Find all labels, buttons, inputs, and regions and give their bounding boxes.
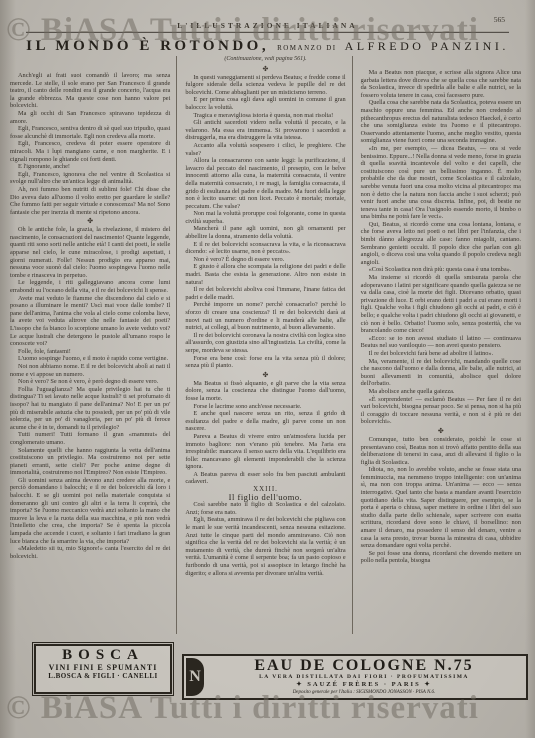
paragraph: E per prima cosa egli dava agli uomini i…	[185, 96, 345, 111]
paragraph: Gli uomini senza anima devono anzi crede…	[10, 477, 170, 545]
paragraph: Non mai la voluttà proruppe così folgora…	[185, 210, 345, 225]
paragraph: Forse le lacrime sono anch'esse necessar…	[185, 403, 345, 411]
paragraph: Se poi fosse una donna, ricordarsi che d…	[361, 550, 521, 565]
cologne-ad-line3: Deposito generale per l'Italia : SIGISMO…	[210, 689, 518, 696]
paragraph: Gli antichi sacerdoti videro nella volut…	[185, 119, 345, 142]
section-ornament: ✤	[361, 426, 521, 436]
paragraph: A Beatus pareva di esser solo fra ben pa…	[185, 471, 345, 486]
paragraph: Ma a Beatus non piacque, e scrisse alla …	[361, 69, 521, 99]
bosca-ad: BOSCA VINI FINI E SPUMANTI L.BOSCA & FIG…	[34, 644, 172, 694]
paragraph: Pareva a Beatus di vivere entro un'atmos…	[185, 433, 345, 471]
paragraph: Perchè imporre un nome? perchè consacrar…	[185, 301, 345, 331]
article-title-main: IL MONDO È ROTONDO,	[26, 38, 269, 54]
cologne-ad: N EAU DE COLOGNE N.75 LA VERA DISTILLATA…	[182, 654, 528, 700]
article-title-connector: ROMANZO DI	[277, 44, 337, 52]
paragraph: Oh le antiche fole, la grazia, la rivela…	[10, 226, 170, 279]
paragraph: Tutti numeri! Tutti formano il gran «mam…	[10, 431, 170, 446]
paragraph: Ma abolisce anche quella gaiezza.	[361, 388, 521, 396]
paragraph: Egli, Francesco, sentiva dentro di sè qu…	[10, 125, 170, 140]
paragraph: E il re dei bolcevichi sconsacrava la vi…	[185, 241, 345, 256]
page-number: 565	[494, 15, 505, 24]
paragraph: Allora la consacrarono con sante leggi: …	[185, 157, 345, 210]
paragraph: Avete mai veduto le fiamme che discendon…	[10, 295, 170, 348]
paragraph: Non è vero? È degno di essere vero.	[185, 256, 345, 264]
paragraph: Tragica e meravigliosa istoria è questa,…	[185, 112, 345, 120]
paragraph: Egli, Francesco, ignorava che nel ventre…	[10, 171, 170, 186]
masthead-title: L'ILLUSTRAZIONE ITALIANA	[177, 21, 357, 30]
continuation-note: (Continuazione, vedi pagina 561).	[185, 56, 345, 64]
paragraph: Folle, fole, fantasmi!	[10, 348, 170, 356]
paragraph: Egli, Beatus, ammirava il re dei bolcevi…	[185, 516, 345, 577]
paragraph: Qui, Beatus, si ricordò come una cosa lo…	[361, 221, 521, 267]
paragraph: Ma Beatus si fissò alquanto, e gli parve…	[185, 380, 345, 403]
paragraph: Quella cosa che sarebbe nata da Scolasti…	[361, 99, 521, 145]
cologne-ad-line1: LA VERA DISTILLATA DAI FIORI · PROFUMATI…	[210, 674, 518, 681]
cologne-ad-line2: ✦ SAUZÉ FRÈRES · PARIS ✦	[210, 681, 518, 689]
section-ornament: ✤	[10, 216, 170, 226]
section-ornament: ✤	[185, 370, 345, 380]
paragraph: «Così Scolastica non dirà più: questa ca…	[361, 266, 521, 274]
paragraph: E giusto è allora che scompaia la religi…	[185, 263, 345, 286]
chapter-title: Il figlio dell'uomo.	[185, 494, 345, 502]
paragraph: L'uomo sospinge l'uomo, e il moto è rapi…	[10, 355, 170, 363]
paragraph: Follia l'uguaglianza? Ma quale privilegi…	[10, 386, 170, 432]
paragraph: «In me, per esempio, — dicea Beatus, — o…	[361, 145, 521, 221]
paragraph: Solamente quelli che hanno raggiunta la …	[10, 447, 170, 477]
paragraph: E anche quel nascere senza un rito, senz…	[185, 410, 345, 433]
paragraph: Noi non abbiamo nome. E il re dei bolcev…	[10, 363, 170, 378]
paragraph: Comunque, tutto ben considerato, poichè …	[361, 436, 521, 466]
paragraph: Le leggende, i riti galleggiavano ancora…	[10, 279, 170, 294]
paragraph: Il re dei bolcevichi farà bene ad abolir…	[361, 350, 521, 358]
paragraph: Il re dei bolcevichi aboliva così l'imma…	[185, 286, 345, 301]
paragraph: Idiota, no, non lo avrebbe voluto, anche…	[361, 466, 521, 550]
bosca-ad-line2: L.BOSCA & FIGLI · CANELLI	[36, 672, 170, 681]
paragraph: Ma gli occhi di San Francesco spiravano …	[10, 110, 170, 125]
paragraph: «È sorprendente! — esclamò Beatus — Per …	[361, 396, 521, 426]
paragraph: «Maledetto sii tu, mio Signore!» canta l…	[10, 545, 170, 560]
paragraph: Forse era bene così: forse era la vita s…	[185, 355, 345, 370]
paragraph: Anch'egli ai frati suoi comandò il lavor…	[10, 72, 170, 110]
paragraph: Ma insieme si ricordò di quella smisurat…	[361, 274, 521, 335]
paragraph: Ah, noi fummo ben nutriti di sublimi fol…	[10, 186, 170, 216]
paragraph: Il re dei bolcevichi coronava la nostra …	[185, 332, 345, 355]
paragraph: Così sarebbe nato il figlio di Scolastic…	[185, 501, 345, 516]
cologne-ad-ornament-icon: N	[186, 658, 204, 696]
paragraph: Egli, Francesco, credeva di poter essere…	[10, 140, 170, 163]
paragraph: Ma, veramente, il re dei bolcevichi, man…	[361, 358, 521, 388]
column-2: (Continuazione, vedi pagina 561).✤In que…	[176, 56, 351, 634]
paragraph: Non è vero? Se non è vero, è però degno …	[10, 378, 170, 386]
paragraph: Mancherà il pane agli uomini, non gli or…	[185, 225, 345, 240]
bosca-ad-name: BOSCA	[36, 648, 170, 663]
paragraph: In questi vaneggiamenti si perdeva Beatu…	[185, 74, 345, 97]
paragraph: Accanto alla voluttà sospesero i cilici,…	[185, 142, 345, 157]
column-1: Anch'egli ai frati suoi comandò il lavor…	[8, 56, 176, 634]
scanned-magazine-page: © BiASA Tutti i diritti riservati L'ILLU…	[0, 0, 535, 738]
header-rule	[26, 31, 509, 33]
cologne-ad-name: EAU DE COLOGNE N.75	[210, 657, 518, 674]
article-columns: Anch'egli ai frati suoi comandò il lavor…	[8, 56, 527, 634]
paragraph: «Ecco: se io non avessi studiato il lati…	[361, 335, 521, 350]
section-ornament: ✤	[185, 64, 345, 74]
bosca-ad-line1: VINI FINI E SPUMANTI	[36, 663, 170, 672]
column-3: Ma a Beatus non piacque, e scrisse alla …	[352, 56, 527, 634]
article-title: IL MONDO È ROTONDO, ROMANZO DI ALFREDO P…	[0, 37, 535, 55]
article-author: ALFREDO PANZINI.	[345, 39, 509, 53]
paragraph: E l'ignorante, anche!	[10, 163, 170, 171]
